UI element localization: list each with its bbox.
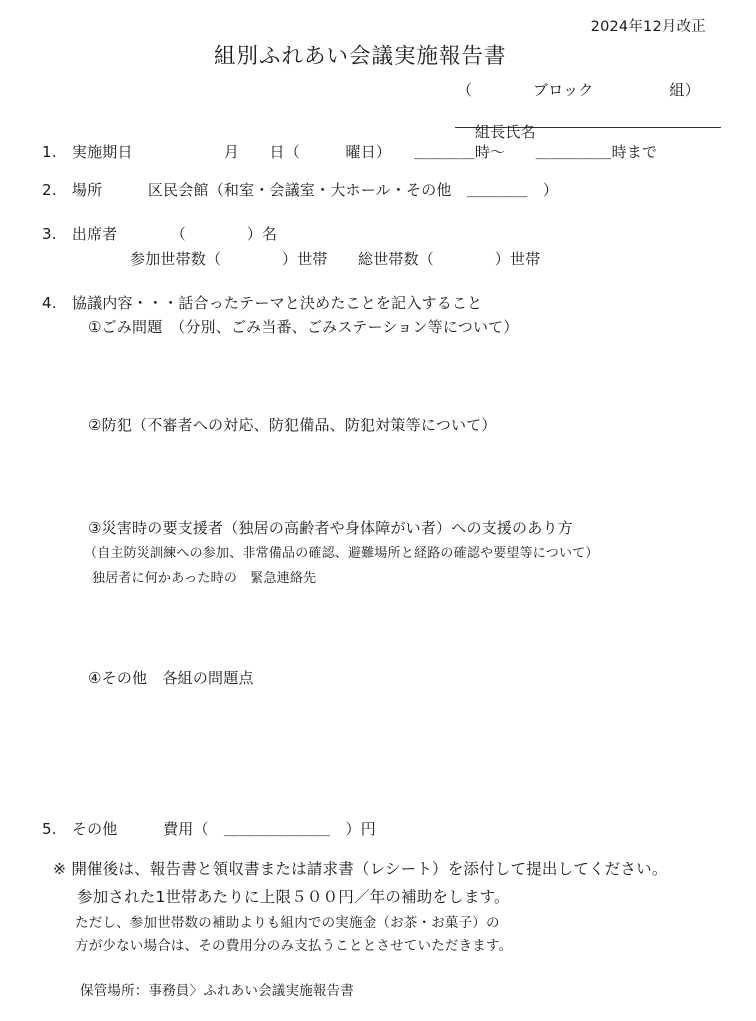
item-other-expense: 5. その他 費用（ ＿＿＿＿＿＿＿ ）円 bbox=[42, 819, 376, 839]
item-attendees: 3. 出席者 （ ）名 bbox=[42, 224, 277, 244]
topic-crime-prevention: ②防犯（不審者への対応、防犯備品、防犯対策等について） bbox=[88, 415, 497, 435]
block-group-field: （ ブロック 組） bbox=[457, 80, 700, 100]
item-household-counts: 参加世帯数（ ）世帯 総世帯数（ ）世帯 bbox=[130, 249, 540, 269]
item-implementation-date: 1. 実施期日 月 日（ 曜日） ＿＿＿＿時～ ＿＿＿＿＿時まで bbox=[42, 142, 657, 162]
document-page: 2024年12月改正 組別ふれあい会議実施報告書 （ ブロック 組） 組長氏名 … bbox=[0, 0, 756, 1021]
leader-name-field: 組長氏名 bbox=[455, 102, 721, 128]
storage-location-line: 保管場所：事務員〉ふれあい会議実施報告書 bbox=[80, 982, 354, 1000]
topic-disaster-support: ③災害時の要支援者（独居の高齢者や身体障がい者）への支援のあり方 bbox=[88, 518, 573, 538]
item-discussion-heading: 4. 協議内容・・・話合ったテーマと決めたことを記入すること bbox=[42, 293, 482, 313]
footnote-line4: 方が少ない場合は、その費用分のみ支払うこととさせていただきます。 bbox=[75, 937, 512, 955]
topic-garbage: ①ごみ問題 （分別、ごみ当番、ごみステーション等について） bbox=[88, 317, 519, 337]
item-place: 2. 場所 区民会館（和室・会議室・大ホール・その他 ＿＿＿＿ ） bbox=[42, 180, 558, 200]
topic-disaster-support-note2: 独居者に何かあった時の 緊急連絡先 bbox=[92, 570, 316, 588]
revision-date: 2024年12月改正 bbox=[591, 18, 706, 38]
topic-disaster-support-note1: （自主防災訓練への参加、非常備品の確認、避難場所と経路の確認や要望等について） bbox=[84, 545, 599, 563]
page-title: 組別ふれあい会議実施報告書 bbox=[214, 42, 507, 71]
footnote-line2: 参加された1世帯あたりに上限５００円／年の補助をします。 bbox=[77, 887, 510, 908]
footnote-line1: ※ 開催後は、報告書と領収書または請求書（レシート）を添付して提出してください。 bbox=[53, 859, 668, 880]
footnote-line3: ただし、参加世帯数の補助よりも組内での実施金（お茶・お菓子）の bbox=[75, 914, 500, 932]
topic-other-problems: ④その他 各組の問題点 bbox=[88, 668, 254, 688]
leader-name-label: 組長氏名 bbox=[475, 123, 536, 141]
